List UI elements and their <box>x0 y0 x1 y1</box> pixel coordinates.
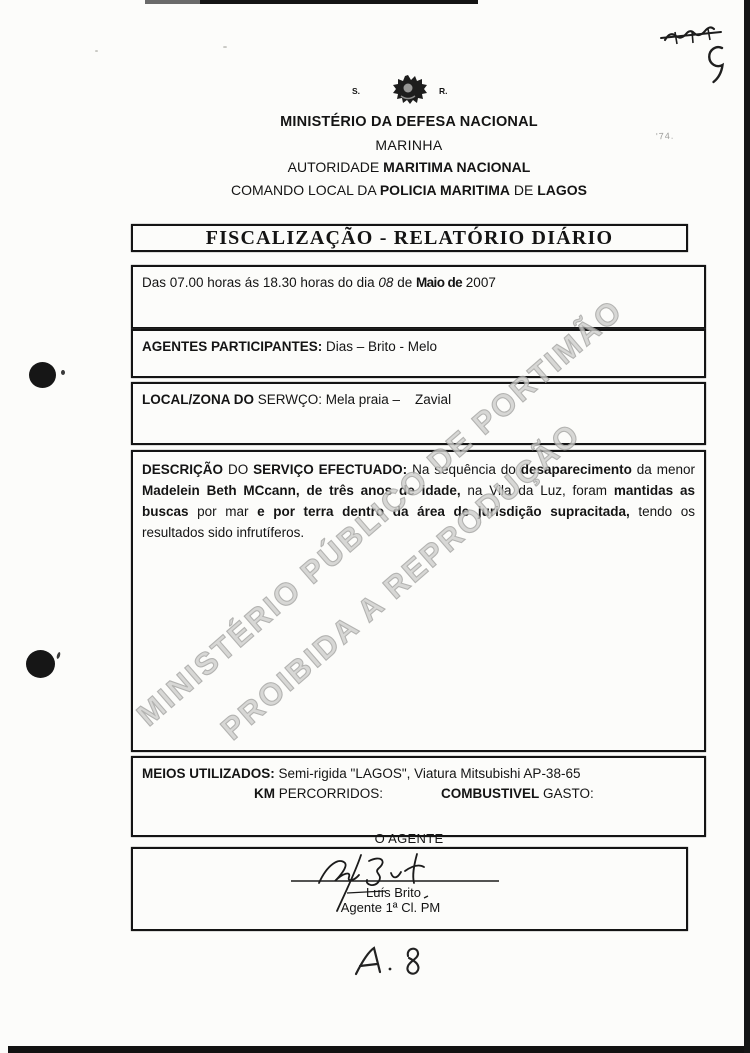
header-marinha-line: MARINHA <box>131 137 687 153</box>
location-value: SERWÇO: Mela praia – Zavial <box>254 392 451 407</box>
signature-box: Luís Brito Agente 1ª Cl. PM <box>131 847 688 931</box>
location-field-box: LOCAL/ZONA DO SERWÇO: Mela praia – Zavia… <box>131 382 706 445</box>
emblem-letter-s: S. <box>352 86 360 96</box>
handwritten-reference-a8 <box>348 942 438 990</box>
agents-label: AGENTES PARTICIPANTES: <box>142 339 322 354</box>
location-label: LOCAL/ZONA DO <box>142 392 254 407</box>
ink-speck <box>61 370 65 375</box>
km-fuel-line: KM PERCORRIDOS:COMBUSTIVEL GASTO: <box>142 786 695 801</box>
scanned-police-report-page: '74. S. R. MINISTÉRIO DA DEFESA NACIONAL… <box>0 0 750 1053</box>
agent-heading: O AGENTE <box>131 831 687 846</box>
hole-punch-dot <box>29 362 56 388</box>
header-autoridade-line: AUTORIDADE MARITIMA NACIONAL <box>131 159 687 175</box>
report-title: FISCALIZAÇÃO - RELATÓRIO DIÁRIO <box>131 224 688 252</box>
paper-speck <box>95 50 98 52</box>
means-line: MEIOS UTILIZADOS: Semi-rigida "LAGOS", V… <box>142 765 695 782</box>
scan-artifact-right-bar <box>744 0 750 1053</box>
handwritten-page-number-9 <box>698 42 732 86</box>
header-ministry-line: MINISTÉRIO DA DEFESA NACIONAL <box>131 114 687 130</box>
scan-artifact-top-bar <box>145 0 478 4</box>
scan-artifact-bottom-bar <box>8 1046 750 1053</box>
agents-line: AGENTES PARTICIPANTES: Dias – Brito - Me… <box>142 338 695 355</box>
means-used-box: MEIOS UTILIZADOS: Semi-rigida "LAGOS", V… <box>131 756 706 837</box>
paper-speck <box>223 46 227 48</box>
agents-field-box: AGENTES PARTICIPANTES: Dias – Brito - Me… <box>131 329 706 378</box>
location-line: LOCAL/ZONA DO SERWÇO: Mela praia – Zavia… <box>142 391 695 408</box>
hole-punch-dot <box>26 650 55 678</box>
signer-role: Agente 1ª Cl. PM <box>114 900 667 915</box>
document-header: S. R. <box>131 72 687 112</box>
date-day-value: 08 <box>378 275 393 290</box>
navy-crest-icon <box>388 74 428 110</box>
signer-name: Luís Brito <box>117 885 670 900</box>
header-comando-line: COMANDO LOCAL DA POLICIA MARITIMA DE LAG… <box>131 182 687 198</box>
ink-speck <box>56 652 61 660</box>
means-value: Semi-rigida "LAGOS", Viatura Mitsubishi … <box>275 766 581 781</box>
date-month-value: Maio de <box>416 275 462 290</box>
emblem-letter-r: R. <box>439 86 448 96</box>
agents-value: Dias – Brito - Melo <box>322 339 437 354</box>
means-label: MEIOS UTILIZADOS: <box>142 766 275 781</box>
date-line: Das 07.00 horas ás 18.30 horas do dia 08… <box>142 274 695 291</box>
